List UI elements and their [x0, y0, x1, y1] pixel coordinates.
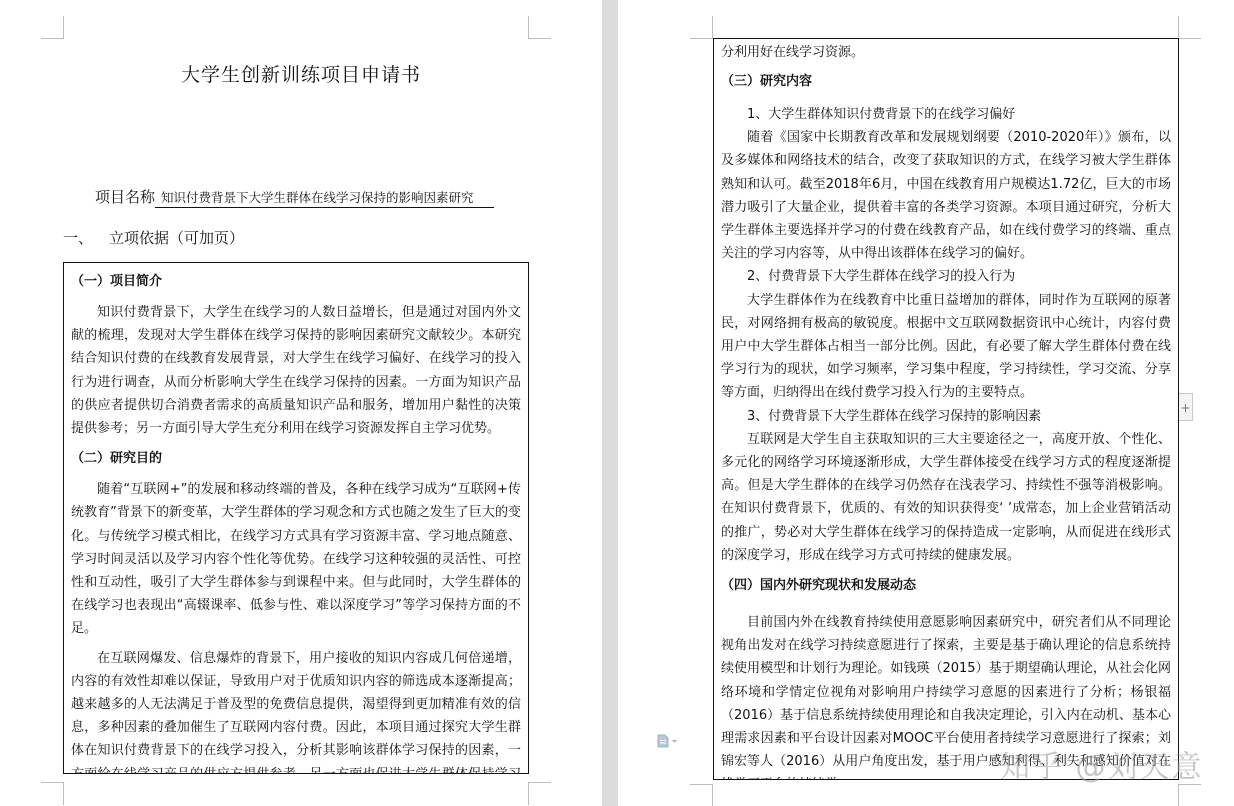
- paragraph: 大学生群体作为在线教育中比重日益增加的群体，同时作为互联网的原著民，对网络拥有极…: [721, 289, 1171, 405]
- margin-corner-mark: [690, 16, 713, 39]
- section-number: 一、: [63, 227, 109, 248]
- paragraph-continuation: 分利用好在线学习资源。: [721, 39, 1171, 67]
- project-name-value[interactable]: 知识付费背景下大学生群体在线学习保持的影响因素研究: [155, 189, 494, 208]
- add-row-button[interactable]: +: [1179, 393, 1193, 421]
- margin-corner-mark: [690, 784, 713, 806]
- content-table-cell[interactable]: 分利用好在线学习资源。 （三）研究内容 1、大学生群体知识付费背景下的在线学习偏…: [713, 38, 1179, 780]
- paragraph: 随着“互联网+”的发展和移动终端的普及，各种在线学习成为“互联网+传统教育”背景…: [71, 478, 521, 640]
- document-options-icon[interactable]: [656, 733, 678, 747]
- section-title: 立项依据（可加页）: [109, 229, 244, 247]
- subsection-heading-purpose: （二）研究目的: [71, 440, 521, 478]
- subsection-heading-content: （三）研究内容: [721, 67, 1171, 103]
- paragraph: 目前国内外在线教育持续使用意愿影响因素研究中，研究者们从不同理论视角出发对在线学…: [721, 611, 1171, 780]
- section-heading: 一、立项依据（可加页）: [63, 227, 244, 248]
- content-table-cell[interactable]: （一）项目简介 知识付费背景下，大学生在线学习的人数日益增长，但是通过对国内外文…: [63, 262, 529, 774]
- paragraph: 互联网是大学生自主获取知识的三大主要途径之一，高度开放、个性化、多元化的网络学习…: [721, 428, 1171, 567]
- paragraph: 知识付费背景下，大学生在线学习的人数日益增长，但是通过对国内外文献的梳理，发现对…: [71, 301, 521, 440]
- project-name-row: 项目名称知识付费背景下大学生群体在线学习保持的影响因素研究: [95, 186, 494, 208]
- margin-corner-mark: [1178, 16, 1201, 39]
- margin-corner-mark: [1178, 784, 1201, 806]
- margin-corner-mark: [41, 16, 64, 39]
- list-item-title: 3、付费背景下大学生群体在线学习保持的影响因素: [721, 405, 1171, 428]
- margin-corner-mark: [528, 16, 551, 39]
- paragraph: 随着《国家中长期教育改革和发展规划纲要（2010-2020年）》颁布，以及多媒体…: [721, 126, 1171, 265]
- subsection-heading-research-status: （四）国内外研究现状和发展动态: [721, 567, 1171, 605]
- paragraph: 在互联网爆发、信息爆炸的背景下，用户接收的知识内容成几何倍递增，内容的有效性却难…: [71, 647, 521, 774]
- margin-corner-mark: [528, 782, 551, 805]
- subsection-heading-intro: （一）项目简介: [71, 263, 521, 301]
- document-page-left: 大学生创新训练项目申请书 项目名称知识付费背景下大学生群体在线学习保持的影响因素…: [0, 0, 602, 806]
- list-item-title: 2、付费背景下大学生群体在线学习的投入行为: [721, 265, 1171, 288]
- project-name-label: 项目名称: [95, 188, 155, 206]
- page-gutter: [602, 0, 618, 806]
- document-title: 大学生创新训练项目申请书: [0, 60, 602, 87]
- list-item-title: 1、大学生群体知识付费背景下的在线学习偏好: [721, 103, 1171, 126]
- margin-corner-mark: [41, 782, 64, 805]
